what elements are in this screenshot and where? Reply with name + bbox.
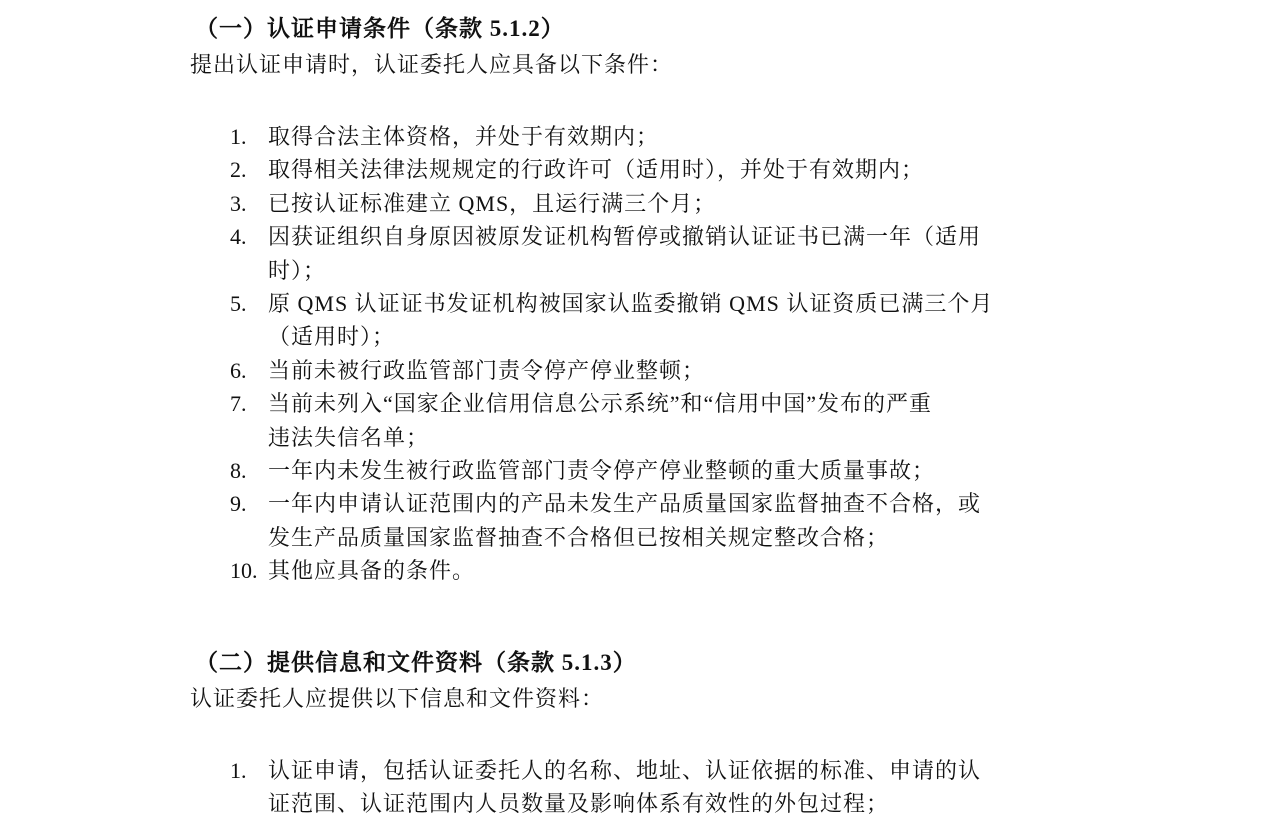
- list-item: 3.已按认证标准建立 QMS，且运行满三个月；: [230, 187, 1274, 220]
- list-item-text: 当前未被行政监管部门责令停产停业整顿；: [268, 354, 1274, 387]
- document-section: （一）认证申请条件（条款 5.1.2） 提出认证申请时，认证委托人应具备以下条件…: [190, 10, 1274, 588]
- section-intro: 认证委托人应提供以下信息和文件资料：: [190, 682, 1274, 716]
- section-heading: （一）认证申请条件（条款 5.1.2）: [190, 10, 1274, 48]
- list-item-text: 原 QMS 认证证书发证机构被国家认监委撤销 QMS 认证资质已满三个月（适用时…: [268, 287, 1274, 354]
- list-item-text: 一年内未发生被行政监管部门责令停产停业整顿的重大质量事故；: [268, 454, 1274, 487]
- list-item: 9.一年内申请认证范围内的产品未发生产品质量国家监督抽查不合格，或发生产品质量国…: [230, 487, 1274, 554]
- list-item-number: 2.: [230, 153, 268, 186]
- list-item-text-line: 取得相关法律法规规定的行政许可（适用时），并处于有效期内；: [268, 153, 1274, 186]
- list-item: 2.取得相关法律法规规定的行政许可（适用时），并处于有效期内；: [230, 153, 1274, 186]
- list-item-text-line: 一年内未发生被行政监管部门责令停产停业整顿的重大质量事故；: [268, 454, 1274, 487]
- list-item-number: 4.: [230, 220, 268, 253]
- list-item-text: 认证申请，包括认证委托人的名称、地址、认证依据的标准、申请的认证范围、认证范围内…: [268, 754, 1274, 821]
- ordered-list: 1.取得合法主体资格，并处于有效期内；2.取得相关法律法规规定的行政许可（适用时…: [190, 120, 1274, 588]
- list-item-number: 1.: [230, 754, 268, 787]
- list-item-text-line: 违法失信名单；: [268, 421, 1274, 454]
- list-item-text: 因获证组织自身原因被原发证机构暂停或撤销认证证书已满一年（适用时）；: [268, 220, 1274, 287]
- list-item-text-line: 当前未被行政监管部门责令停产停业整顿；: [268, 354, 1274, 387]
- list-item-text-line: 证范围、认证范围内人员数量及影响体系有效性的外包过程；: [268, 787, 1274, 820]
- list-item: 1.认证申请，包括认证委托人的名称、地址、认证依据的标准、申请的认证范围、认证范…: [230, 754, 1274, 821]
- list-item-text-line: 发生产品质量国家监督抽查不合格但已按相关规定整改合格；: [268, 521, 1274, 554]
- list-item-number: 8.: [230, 454, 268, 487]
- list-item-text-line: 取得合法主体资格，并处于有效期内；: [268, 120, 1274, 153]
- section-intro: 提出认证申请时，认证委托人应具备以下条件：: [190, 48, 1274, 82]
- list-item-text-line: 其他应具备的条件。: [268, 554, 1274, 587]
- list-item-number: 6.: [230, 354, 268, 387]
- list-item-number: 10.: [230, 554, 268, 587]
- list-item-number: 5.: [230, 287, 268, 320]
- list-item-text: 当前未列入“国家企业信用信息公示系统”和“信用中国”发布的严重违法失信名单；: [268, 387, 1274, 454]
- list-item-text-line: 因获证组织自身原因被原发证机构暂停或撤销认证证书已满一年（适用: [268, 220, 1274, 253]
- list-item-text-line: （适用时）；: [268, 320, 1274, 353]
- list-item-text: 取得合法主体资格，并处于有效期内；: [268, 120, 1274, 153]
- list-item-text: 一年内申请认证范围内的产品未发生产品质量国家监督抽查不合格，或发生产品质量国家监…: [268, 487, 1274, 554]
- list-item: 4.因获证组织自身原因被原发证机构暂停或撤销认证证书已满一年（适用时）；: [230, 220, 1274, 287]
- ordered-list: 1.认证申请，包括认证委托人的名称、地址、认证依据的标准、申请的认证范围、认证范…: [190, 754, 1274, 821]
- list-item: 10.其他应具备的条件。: [230, 554, 1274, 587]
- list-item: 7.当前未列入“国家企业信用信息公示系统”和“信用中国”发布的严重违法失信名单；: [230, 387, 1274, 454]
- list-item-text-line: 原 QMS 认证证书发证机构被国家认监委撤销 QMS 认证资质已满三个月: [268, 287, 1274, 320]
- list-item: 6.当前未被行政监管部门责令停产停业整顿；: [230, 354, 1274, 387]
- list-item-number: 7.: [230, 387, 268, 420]
- list-item-text-line: 认证申请，包括认证委托人的名称、地址、认证依据的标准、申请的认: [268, 754, 1274, 787]
- list-item-text-line: 时）；: [268, 254, 1274, 287]
- section-heading: （二）提供信息和文件资料（条款 5.1.3）: [190, 644, 1274, 682]
- list-item-text-line: 已按认证标准建立 QMS，且运行满三个月；: [268, 187, 1274, 220]
- list-item-text-line: 当前未列入“国家企业信用信息公示系统”和“信用中国”发布的严重: [268, 387, 1274, 420]
- list-item: 5.原 QMS 认证证书发证机构被国家认监委撤销 QMS 认证资质已满三个月（适…: [230, 287, 1274, 354]
- list-item: 1.取得合法主体资格，并处于有效期内；: [230, 120, 1274, 153]
- list-item-text: 取得相关法律法规规定的行政许可（适用时），并处于有效期内；: [268, 153, 1274, 186]
- list-item-text-line: 一年内申请认证范围内的产品未发生产品质量国家监督抽查不合格，或: [268, 487, 1274, 520]
- list-item-number: 3.: [230, 187, 268, 220]
- document-section: （二）提供信息和文件资料（条款 5.1.3） 认证委托人应提供以下信息和文件资料…: [190, 644, 1274, 821]
- list-item-number: 1.: [230, 120, 268, 153]
- list-item-text: 其他应具备的条件。: [268, 554, 1274, 587]
- list-item-number: 9.: [230, 487, 268, 520]
- document-page: （一）认证申请条件（条款 5.1.2） 提出认证申请时，认证委托人应具备以下条件…: [0, 0, 1274, 821]
- list-item-text: 已按认证标准建立 QMS，且运行满三个月；: [268, 187, 1274, 220]
- list-item: 8.一年内未发生被行政监管部门责令停产停业整顿的重大质量事故；: [230, 454, 1274, 487]
